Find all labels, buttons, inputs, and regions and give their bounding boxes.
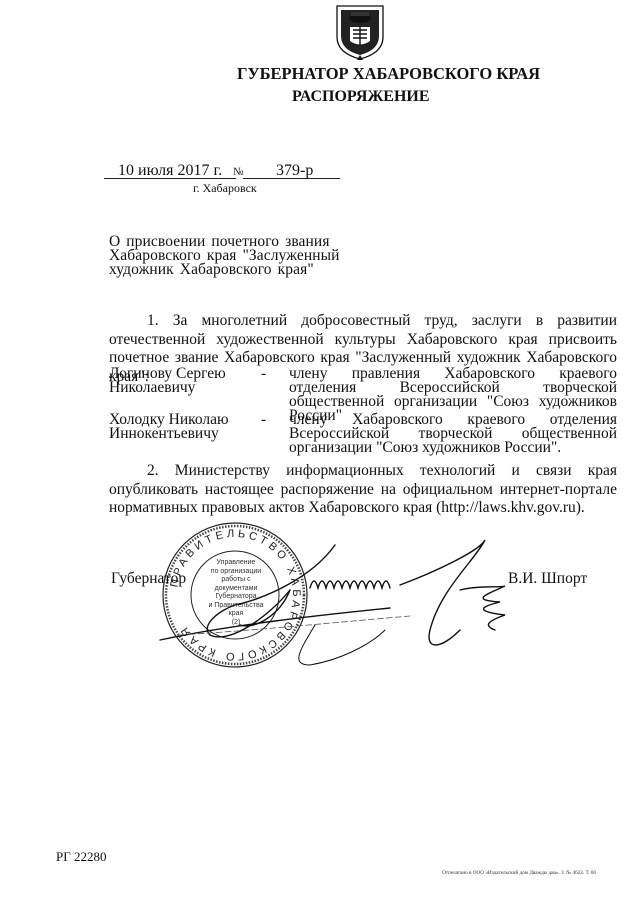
dash: - bbox=[261, 413, 266, 427]
print-info: Отпечатано в ООО «Издательский дом Дважд… bbox=[442, 870, 596, 876]
number-sign: № bbox=[233, 166, 244, 178]
city: г. Хабаровск bbox=[193, 181, 257, 196]
document-date: 10 июля 2017 г. bbox=[118, 162, 222, 180]
document-number: 379-р bbox=[276, 162, 313, 180]
registration-code: РГ 22280 bbox=[56, 849, 107, 865]
paragraph-2: 2. Министерству информационных технологи… bbox=[109, 462, 617, 518]
document-type: РАСПОРЯЖЕНИЕ bbox=[292, 88, 430, 106]
signatory-name: В.И. Шпорт bbox=[508, 570, 587, 588]
awardee-name-line: Иннокентьевичу bbox=[109, 427, 259, 441]
dash: - bbox=[261, 367, 266, 381]
issuer-title: ГУБЕРНАТОР ХАБАРОВСКОГО КРАЯ bbox=[237, 64, 540, 84]
awardee-name-line: Николаевичу bbox=[109, 381, 259, 395]
handwritten-signature-icon bbox=[140, 530, 600, 670]
document-subject: О присвоении почетного звания Хабаровско… bbox=[109, 235, 349, 277]
subject-line: художник Хабаровского края" bbox=[109, 263, 349, 277]
awardee-name: Холодку Николаю Иннокентьевичу bbox=[109, 413, 259, 441]
awardee-role: члену Хабаровского краевого отделения Вс… bbox=[289, 413, 617, 455]
coat-of-arms-icon bbox=[333, 3, 387, 61]
awardee-name: Логинову Сергею Николаевичу bbox=[109, 367, 259, 395]
paragraph-2-text: 2. Министерству информационных технологи… bbox=[109, 462, 617, 516]
